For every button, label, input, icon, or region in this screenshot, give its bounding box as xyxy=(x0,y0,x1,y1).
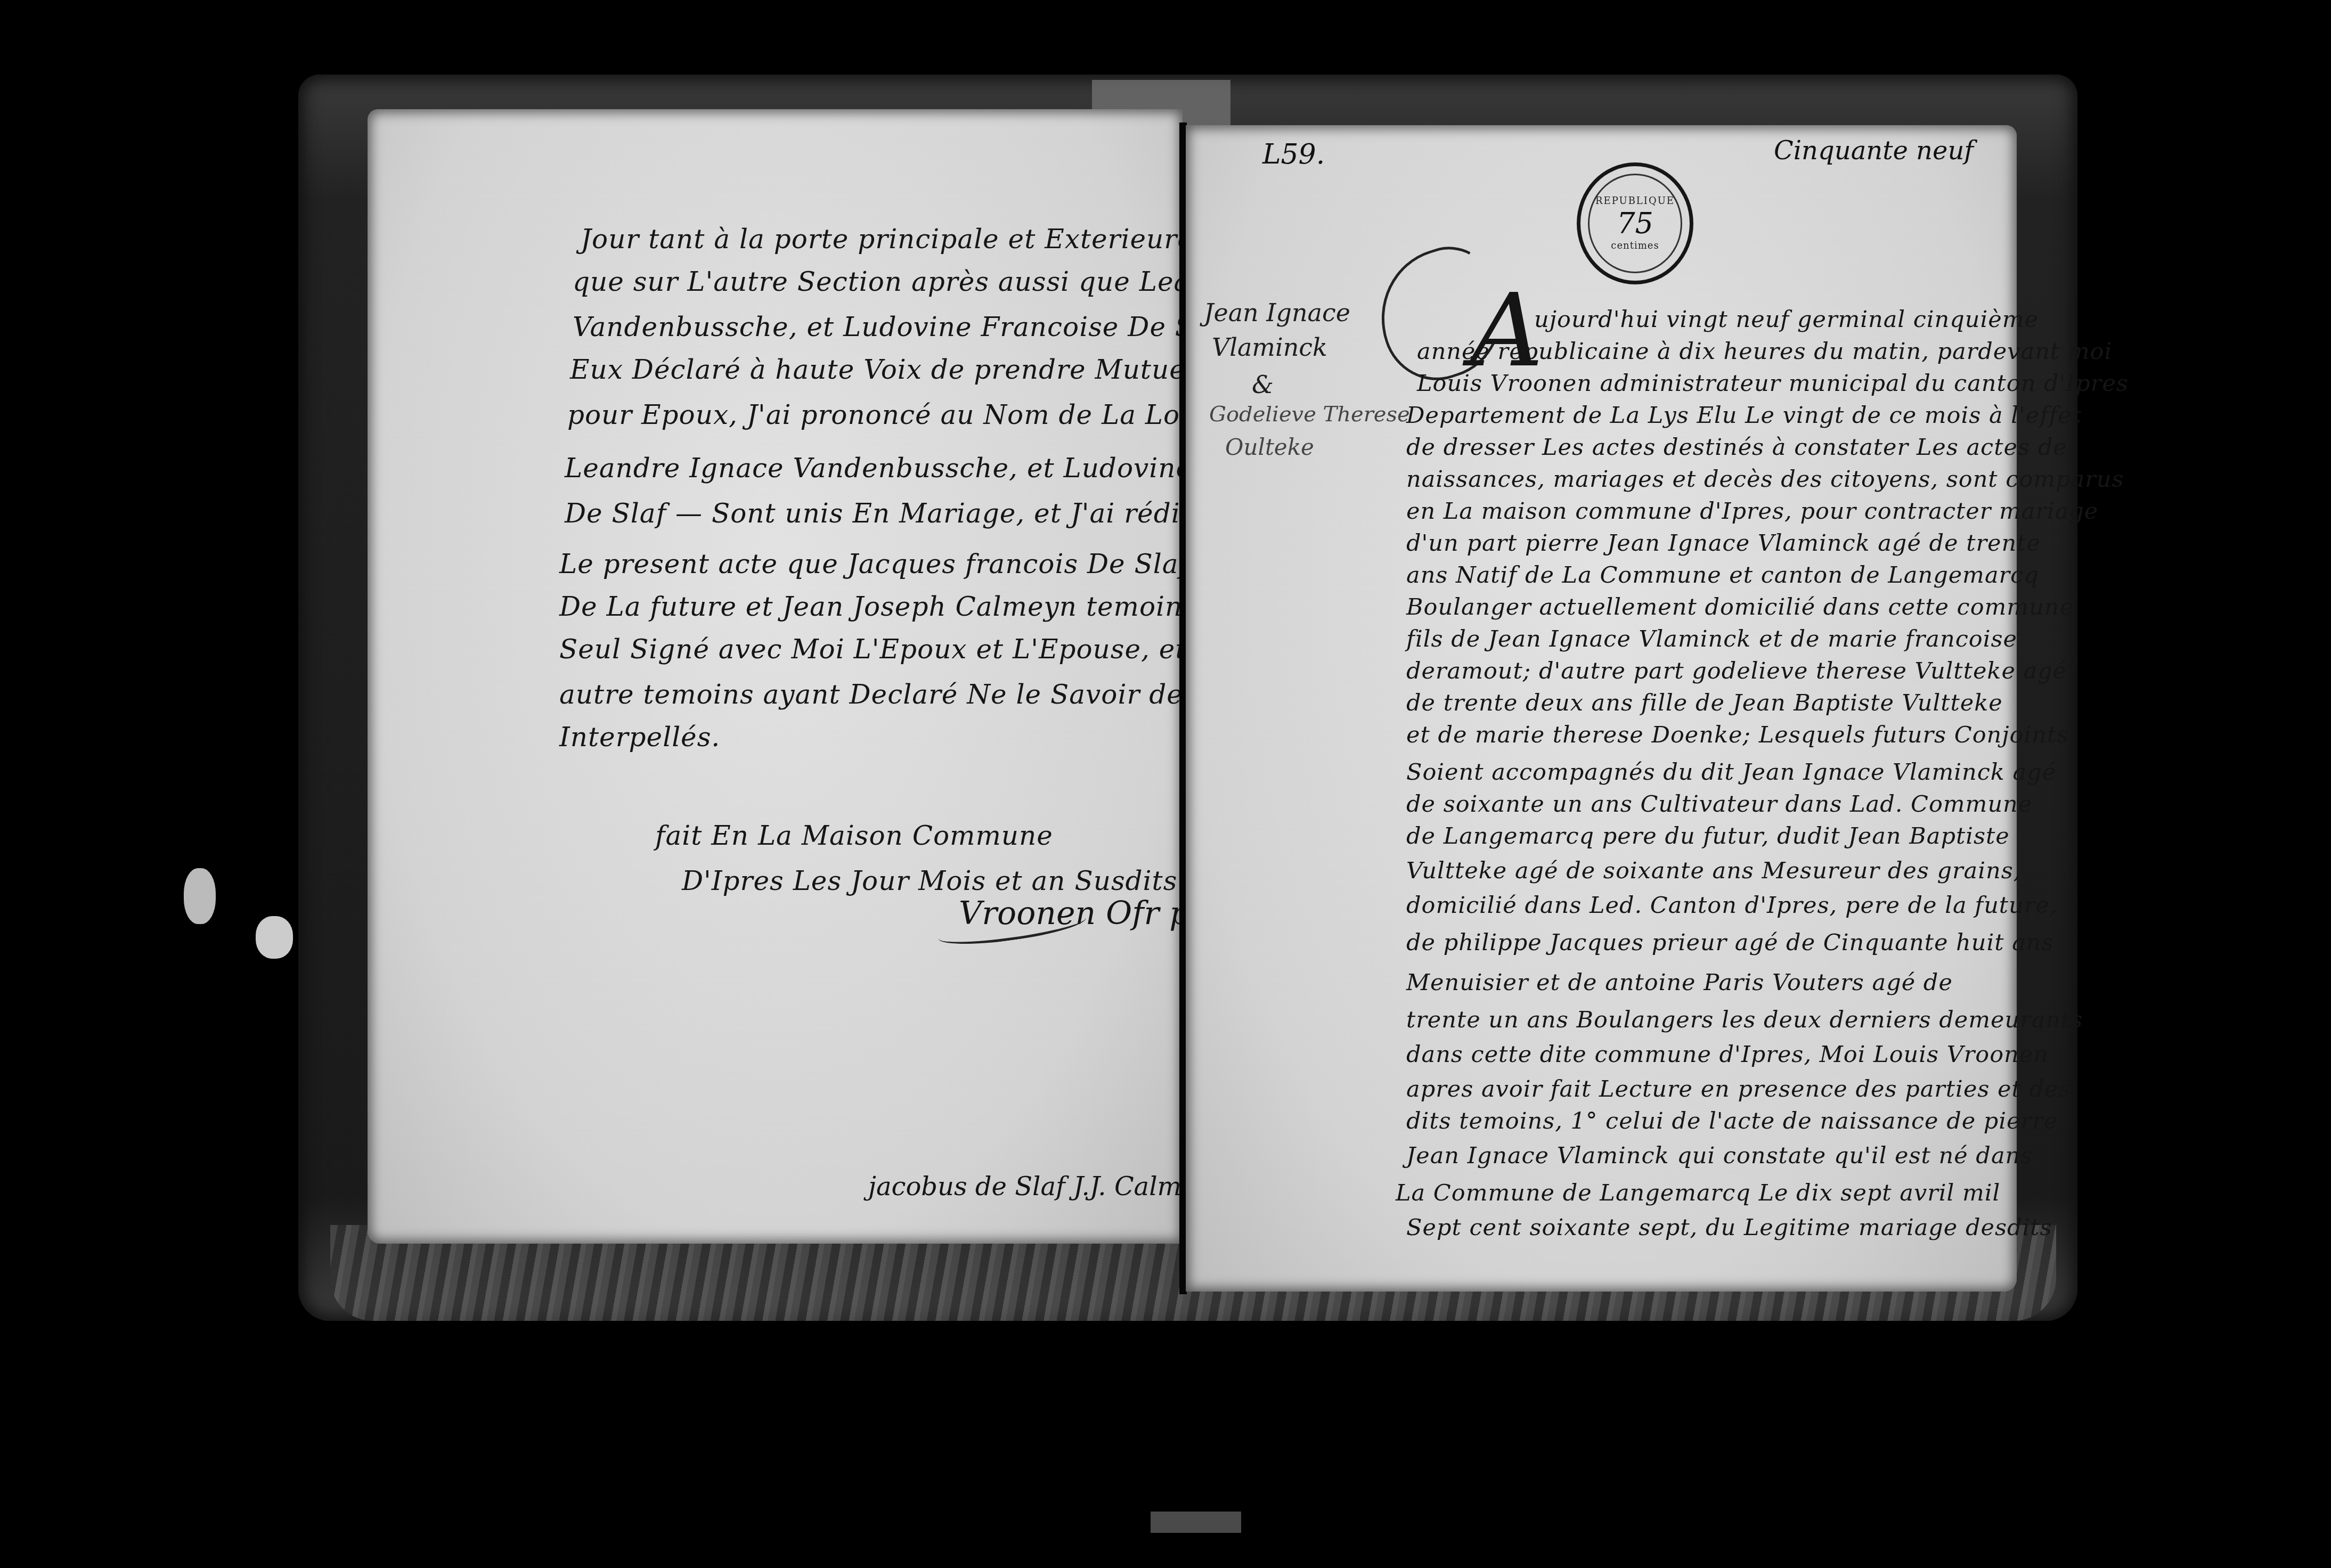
text-line: De La future et Jean Joseph Calmeyn temo… xyxy=(559,591,1237,622)
tax-stamp: REPUBLIQUE 75 centimes xyxy=(1577,162,1693,284)
text-line: Menuisier et de antoine Paris Vouters ag… xyxy=(1406,969,1953,996)
text-line: apres avoir fait Lecture en presence des… xyxy=(1406,1076,2071,1102)
text-line: et de marie therese Doenke; Lesquels fut… xyxy=(1406,722,2069,748)
text-line: Sept cent soixante sept, du Legitime mar… xyxy=(1406,1214,2052,1241)
text-line: Vultteke agé de soixante ans Mesureur de… xyxy=(1406,857,2021,884)
text-line: La Commune de Langemarcq Le dix sept avr… xyxy=(1396,1180,2000,1206)
text-line: en La maison commune d'Ipres, pour contr… xyxy=(1406,498,2098,525)
stamp-top-text: REPUBLIQUE xyxy=(1595,195,1675,207)
text-line: Seul Signé avec Moi L'Epoux et L'Epouse,… xyxy=(559,634,1235,665)
margin-name: Vlaminck xyxy=(1212,333,1327,362)
folio-words: Cinquante neuf xyxy=(1774,136,1974,166)
margin-name: & xyxy=(1252,370,1274,399)
text-line: de dresser Les actes destinés à constate… xyxy=(1406,434,2067,461)
text-line: dits temoins, 1° celui de l'acte de nais… xyxy=(1406,1108,2058,1134)
text-line: Le present acte que Jacques francois De … xyxy=(559,549,1261,579)
text-line: Interpellés. xyxy=(559,722,720,753)
text-line: deramout; d'autre part godelieve therese… xyxy=(1406,658,2067,684)
text-line: domicilié dans Led. Canton d'Ipres, pere… xyxy=(1406,892,2057,919)
folio-number: L59. xyxy=(1262,138,1325,170)
text-line: Jean Ignace Vlaminck qui constate qu'il … xyxy=(1406,1142,2033,1169)
paper-fragment xyxy=(256,916,293,959)
stamp-bottom-text: centimes xyxy=(1611,240,1659,251)
text-line: ans Natif de La Commune et canton de Lan… xyxy=(1406,562,2039,589)
text-line: trente un ans Boulangers les deux dernie… xyxy=(1406,1007,2083,1033)
stamp-value: 75 xyxy=(1617,207,1653,240)
text-line: Boulanger actuellement domicilié dans ce… xyxy=(1406,594,2074,620)
text-line: Louis Vroonen administrateur municipal d… xyxy=(1417,370,2129,397)
text-line: fils de Jean Ignace Vlaminck et de marie… xyxy=(1406,626,2017,652)
text-line: année republicaine à dix heures du matin… xyxy=(1417,338,2112,365)
witness-signatures: jacobus de Slaf J.J. Calmeyn xyxy=(868,1172,1228,1202)
text-line: pour Epoux, J'ai prononcé au Nom de La L… xyxy=(567,399,1250,430)
paper-fragment xyxy=(184,868,216,924)
text-line: ujourd'hui vingt neuf germinal cinquième xyxy=(1534,306,2039,333)
text-line: Soient accompagnés du dit Jean Ignace Vl… xyxy=(1406,759,2056,786)
text-line: De Slaf — Sont unis En Mariage, et J'ai … xyxy=(565,498,1214,529)
text-line: naissances, mariages et decès des citoye… xyxy=(1406,466,2124,493)
scan-marker-bar xyxy=(1151,1512,1241,1533)
text-line: de soixante un ans Cultivateur dans Lad.… xyxy=(1406,791,2032,818)
text-line: autre temoins ayant Declaré Ne le Savoir… xyxy=(559,679,1224,710)
margin-name: Jean Ignace xyxy=(1204,298,1350,327)
margin-name: Oulteke xyxy=(1225,434,1314,460)
closing-line: D'Ipres Les Jour Mois et an Susdits xyxy=(682,865,1177,896)
text-line: dans cette dite commune d'Ipres, Moi Lou… xyxy=(1406,1041,2049,1068)
closing-line: fait En La Maison Commune xyxy=(655,820,1053,851)
margin-name: Godelieve Therese xyxy=(1209,402,1410,427)
text-line: de Langemarcq pere du futur, dudit Jean … xyxy=(1406,823,2010,850)
text-line: Departement de La Lys Elu Le vingt de ce… xyxy=(1406,402,2082,429)
text-line: d'un part pierre Jean Ignace Vlaminck ag… xyxy=(1406,530,2041,557)
text-line: de trente deux ans fille de Jean Baptist… xyxy=(1406,690,2003,716)
text-line: de philippe Jacques prieur agé de Cinqua… xyxy=(1406,929,2054,956)
